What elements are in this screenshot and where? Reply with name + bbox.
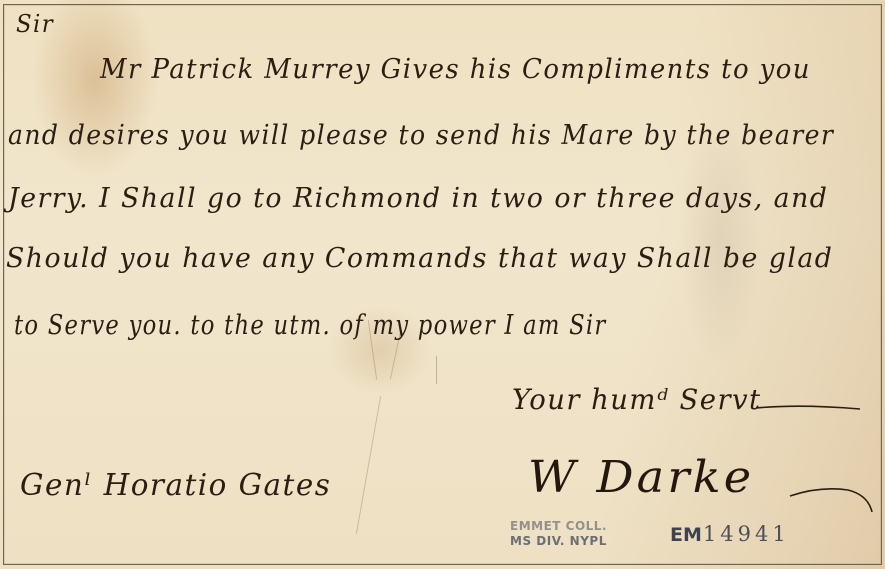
signature: W Darke — [528, 452, 754, 503]
letter-line-5: to Serve you. to the utm. of my power I … — [14, 310, 607, 341]
letter-line-1: Mr Patrick Murrey Gives his Compliments … — [100, 54, 830, 85]
letter-line-3: Jerry. I Shall go to Richmond in two or … — [8, 183, 828, 214]
water-stain — [436, 356, 437, 384]
catalog-prefix: EM — [670, 526, 702, 545]
closing: Your humᵈ Servt — [512, 383, 762, 416]
collection-stamp: EMMET COLL. MS DIV. NYPL — [510, 520, 607, 550]
catalog-number: 14941 — [703, 524, 790, 545]
salutation: Sir — [16, 10, 54, 38]
letter-line-2: and desires you will please to send his … — [8, 120, 834, 151]
collection-stamp-line-2: MS DIV. NYPL — [510, 535, 607, 547]
letter-page: Sir Mr Patrick Murrey Gives his Complime… — [0, 0, 885, 569]
catalog-number-stamp: EM 14941 — [670, 524, 790, 545]
letter-line-4: Should you have any Commands that way Sh… — [6, 243, 833, 274]
water-stain — [356, 396, 381, 534]
collection-stamp-line-1: EMMET COLL. — [510, 520, 607, 532]
addressee: Genˡ Horatio Gates — [20, 468, 331, 503]
